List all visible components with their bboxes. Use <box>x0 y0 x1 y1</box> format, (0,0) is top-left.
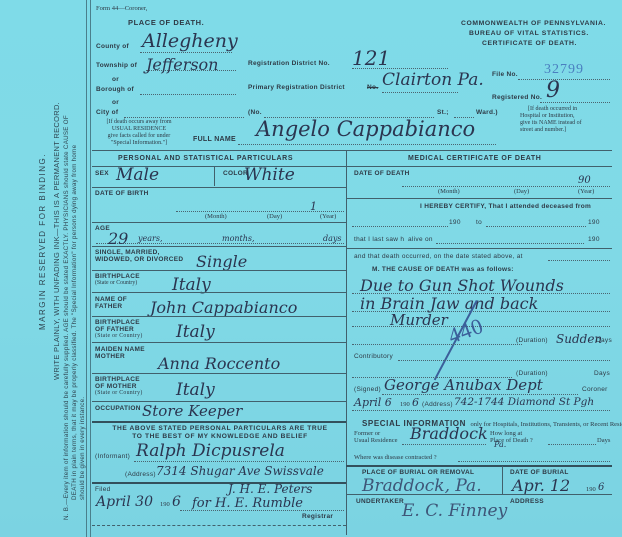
dob-line <box>176 211 344 212</box>
occupation-value: Store Keeper <box>142 402 242 420</box>
dob-value: 1 <box>310 200 317 213</box>
registrar-line <box>180 510 344 511</box>
coroner-address-line <box>352 410 610 411</box>
burial-year-prefix: 190 <box>586 486 596 493</box>
undertaker-value: E. C. Finney <box>402 501 507 521</box>
attestation-line: TO THE BEST OF MY KNOWLEDGE AND BELIEF <box>96 433 344 441</box>
informant-value: Ralph Dicpusrela <box>136 441 285 461</box>
former-line <box>402 444 486 445</box>
birthplace-caption: (State or Country) <box>95 280 137 286</box>
informant-address-label: (Address) <box>125 471 156 478</box>
alive-line <box>436 243 584 244</box>
dob-year-caption: (Year) <box>320 213 336 220</box>
duration-days: Days <box>596 337 612 344</box>
burial-place-value: Braddock, Pa. <box>362 476 482 496</box>
rule <box>92 292 346 293</box>
primary-registration-struck: No. <box>367 84 378 91</box>
signed-line <box>382 394 578 395</box>
file-line <box>518 79 610 80</box>
dob-month-caption: (Month) <box>205 213 227 220</box>
hospital-note-line: give its NAME instead of <box>520 120 582 127</box>
note-line-1: N. B.—Every item of information should b… <box>63 115 70 520</box>
rule <box>346 166 612 167</box>
township-label: Township of <box>96 62 137 69</box>
father-bp-label-line: BIRTHPLACE <box>95 319 143 326</box>
duration-label: (Duration) <box>516 337 548 344</box>
filed-date: April 30 <box>96 494 153 510</box>
hospital-note-line: [If death occurred in <box>520 106 582 113</box>
contributory-label: Contributory <box>354 353 393 360</box>
burial-year-suffix: 6 <box>598 482 604 493</box>
county-value: Allegheny <box>142 30 238 52</box>
former-residence-label: Former or Usual Residence <box>354 430 398 444</box>
rule <box>346 494 612 495</box>
marital-value: Single <box>196 252 247 271</box>
dod-month-caption: (Month) <box>438 188 460 195</box>
undertaker-label: UNDERTAKER <box>356 498 404 505</box>
undertaker-address-label: ADDRESS <box>510 498 544 505</box>
father-birthplace-label: BIRTHPLACE OF FATHER (State or Country) <box>95 319 143 340</box>
marital-label-line: SINGLE, MARRIED, <box>95 249 183 256</box>
registered-no-label: Registered No. <box>492 94 542 101</box>
bureau-heading: BUREAU OF VITAL STATISTICS. <box>469 30 589 37</box>
marital-label-line: WIDOWED, OR DIVORCED <box>95 256 183 263</box>
commonwealth-heading: COMMONWEALTH OF PENNSYLVANIA. <box>461 20 606 27</box>
rule <box>92 525 346 526</box>
dob-label: DATE OF BIRTH <box>95 190 149 197</box>
former-residence-value: Braddock <box>410 424 488 443</box>
hospital-note: [If death occurred in Hospital or Instit… <box>520 106 582 134</box>
sex-color-divider <box>214 166 215 186</box>
registration-district-value: 121 <box>352 46 390 70</box>
note-line-2: DEATH in plain terms, that it may be pro… <box>71 145 78 500</box>
residence-note-line: USUAL RESIDENCE <box>95 126 183 133</box>
residence-note-line: "Special Information."] <box>95 140 183 147</box>
former-label-line: Usual Residence <box>354 437 398 444</box>
signed-date: April 6 <box>354 396 392 409</box>
mother-bp-label-line: OF MOTHER <box>95 383 143 390</box>
registered-no-value: 9 <box>546 78 560 103</box>
signed-year-prefix: 190 <box>400 401 410 408</box>
burial-divider <box>502 466 503 494</box>
or-label-2: or <box>112 99 119 106</box>
coroner-address-label: (Address) <box>422 401 453 408</box>
to-year: 190 <box>588 219 600 226</box>
hospital-note-line: Hospital or Institution, <box>520 113 582 120</box>
rule <box>92 270 346 271</box>
occupation-label: OCCUPATION <box>95 405 141 412</box>
full-name-label: FULL NAME <box>193 136 236 143</box>
registrar-signature-2: for H. E. Rumble <box>192 496 303 511</box>
form-number: Form 44—Coroner, <box>96 5 147 12</box>
rule <box>92 342 346 343</box>
father-bp-caption: (State or Country) <box>95 333 143 340</box>
signed-year-suffix: 6 <box>412 396 419 409</box>
father-bp-label-line: OF FATHER <box>95 326 143 333</box>
full-name-line <box>238 144 496 145</box>
occurred-line <box>548 260 610 261</box>
duration-line <box>352 344 522 345</box>
registrar-signature-1: J. H. E. Peters <box>228 482 312 496</box>
mother-name-value: Anna Roccento <box>158 354 280 373</box>
primary-registration-value: Clairton Pa. <box>382 70 484 90</box>
father-name-label: NAME OF FATHER <box>95 296 127 310</box>
rule <box>92 187 346 188</box>
hospital-note-line: street and number.] <box>520 127 582 134</box>
former-label-line: Former or <box>354 430 398 437</box>
from-year: 190 <box>449 219 461 226</box>
informant-label: (Informant) <box>95 453 130 460</box>
signed-value: George Anubax Dept <box>384 376 543 394</box>
how-long-line <box>548 444 596 445</box>
county-label: County of <box>96 43 129 50</box>
cause-of-death-label: M. THE CAUSE OF DEATH was as follows: <box>372 266 514 273</box>
attestation-line: THE ABOVE STATED PERSONAL PARTICULARS AR… <box>96 425 344 433</box>
special-information: SPECIAL INFORMATION only for Hospitals, … <box>362 413 622 431</box>
birthplace-label: BIRTHPLACE <box>95 273 140 280</box>
residence-note: [If death occurs away from USUAL RESIDEN… <box>95 119 183 147</box>
burial-date-value: Apr. 12 <box>512 476 570 495</box>
cause-rule-2 <box>352 311 610 312</box>
marital-label: SINGLE, MARRIED, WIDOWED, OR DIVORCED <box>95 249 183 263</box>
cause-rule-1 <box>352 293 610 294</box>
burial-place-label: PLACE OF BURIAL OR REMOVAL <box>362 469 474 476</box>
column-divider <box>346 150 347 535</box>
to-label: to <box>476 219 482 226</box>
personal-particulars-heading: PERSONAL AND STATISTICAL PARTICULARS <box>118 155 293 162</box>
sex-value: Male <box>116 165 159 185</box>
ward-label: Ward.) <box>476 109 498 116</box>
signed-label: (Signed) <box>354 386 381 393</box>
no-label: (No. <box>248 109 262 116</box>
mother-birthplace-label: BIRTHPLACE OF MOTHER (State or Country) <box>95 376 143 397</box>
borough-line <box>140 94 236 95</box>
township-value: Jefferson <box>146 55 218 74</box>
rule <box>92 316 346 317</box>
city-line <box>124 117 244 118</box>
how-long-line: Place of Death ? <box>490 437 533 444</box>
certificate-heading: CERTIFICATE OF DEATH. <box>482 40 577 47</box>
to-line <box>486 226 586 227</box>
write-plainly-text: WRITE PLAINLY, WITH UNFADING INK—THIS IS… <box>52 102 61 380</box>
full-name-value: Angelo Cappabianco <box>256 117 475 141</box>
how-long-days: Days <box>597 437 610 444</box>
place-of-death-heading: PLACE OF DEATH. <box>128 18 204 27</box>
father-label-line: FATHER <box>95 303 127 310</box>
special-information-subtitle: only for Hospitals, Institutions, Transi… <box>470 421 622 428</box>
filed-year-suffix: 6 <box>172 494 181 510</box>
duration2-days: Days <box>594 370 610 377</box>
informant-line <box>134 461 344 462</box>
note-line-3: should be given in every instance. <box>79 397 86 500</box>
mother-label-line: MOTHER <box>95 353 145 360</box>
file-no-label: File No. <box>492 71 518 78</box>
alive-on-label: alive on <box>408 236 433 243</box>
file-no-value: 32799 <box>544 62 584 78</box>
mother-label-line: MAIDEN NAME <box>95 346 145 353</box>
thick-rule <box>92 421 346 423</box>
county-line <box>140 52 232 53</box>
coroner-label: Coroner <box>582 386 608 393</box>
dod-year-value: 90 <box>578 175 591 186</box>
or-label-1: or <box>112 76 119 83</box>
how-long-line: How long at <box>490 430 533 437</box>
mother-birthplace-value: Italy <box>176 380 215 400</box>
attestation-text: THE ABOVE STATED PERSONAL PARTICULARS AR… <box>96 425 344 441</box>
years-caption: years, <box>138 234 163 243</box>
st-label: St.; <box>437 109 449 116</box>
age-line <box>96 243 344 244</box>
days-caption: days <box>323 234 342 243</box>
how-long-label: How long at Place of Death ? <box>490 430 533 444</box>
burial-date-label: DATE OF BURIAL <box>510 469 569 476</box>
margin-rule <box>86 0 91 537</box>
alive-year: 190 <box>588 236 600 243</box>
medical-certificate-heading: MEDICAL CERTIFICATE OF DEATH <box>408 155 541 162</box>
margin-reserved-text: MARGIN RESERVED FOR BINDING. <box>38 153 47 330</box>
registrar-label: Registrar <box>302 513 333 520</box>
rule <box>92 246 346 247</box>
borough-label: Borough of <box>96 86 134 93</box>
father-name-value: John Cappabianco <box>150 298 297 317</box>
residence-note-line: [If death occurs away from <box>95 119 183 126</box>
rule <box>346 198 612 199</box>
registration-district-label: Registration District No. <box>248 60 330 67</box>
father-birthplace-value: Italy <box>176 322 215 342</box>
months-caption: months, <box>222 234 255 243</box>
residence-note-line: give facts called for under <box>95 133 183 140</box>
mother-name-label: MAIDEN NAME MOTHER <box>95 346 145 360</box>
color-value: White <box>244 165 295 185</box>
last-saw-label: that I last saw h <box>354 236 404 243</box>
primary-registration-label: Primary Registration District <box>248 84 345 91</box>
rule <box>92 373 346 374</box>
city-label: City of <box>96 109 118 116</box>
death-occurred-text: and that death occurred, on the date sta… <box>354 253 523 260</box>
primary-line <box>382 92 458 93</box>
contributory-line <box>398 360 610 361</box>
date-of-death-label: DATE OF DEATH <box>354 170 410 177</box>
father-label-line: NAME OF <box>95 296 127 303</box>
sex-label: SEX <box>95 170 109 177</box>
rule <box>346 248 612 249</box>
contracted-line <box>458 461 610 462</box>
dob-day-caption: (Day) <box>267 213 282 220</box>
mother-bp-label-line: BIRTHPLACE <box>95 376 143 383</box>
filed-label: Filed <box>95 486 111 493</box>
thick-rule <box>346 465 612 467</box>
table-top-rule <box>92 150 612 151</box>
from-line <box>352 226 448 227</box>
mother-bp-caption: (State or Country) <box>95 390 143 397</box>
informant-address-value: 7314 Shugar Ave Swissvale <box>156 464 324 478</box>
certify-text: I HEREBY CERTIFY, That I attended deceas… <box>420 203 591 210</box>
dod-day-caption: (Day) <box>514 188 529 195</box>
coroner-address-value: 742-1744 Diamond St Pgh <box>454 396 594 408</box>
dod-line <box>402 186 610 187</box>
disease-contracted-label: Where was disease contracted ? <box>354 454 437 461</box>
filed-year-prefix: 190 <box>160 501 170 508</box>
rule <box>92 222 346 223</box>
dod-year-caption: (Year) <box>578 188 594 195</box>
death-certificate: MARGIN RESERVED FOR BINDING. WRITE PLAIN… <box>0 0 622 537</box>
